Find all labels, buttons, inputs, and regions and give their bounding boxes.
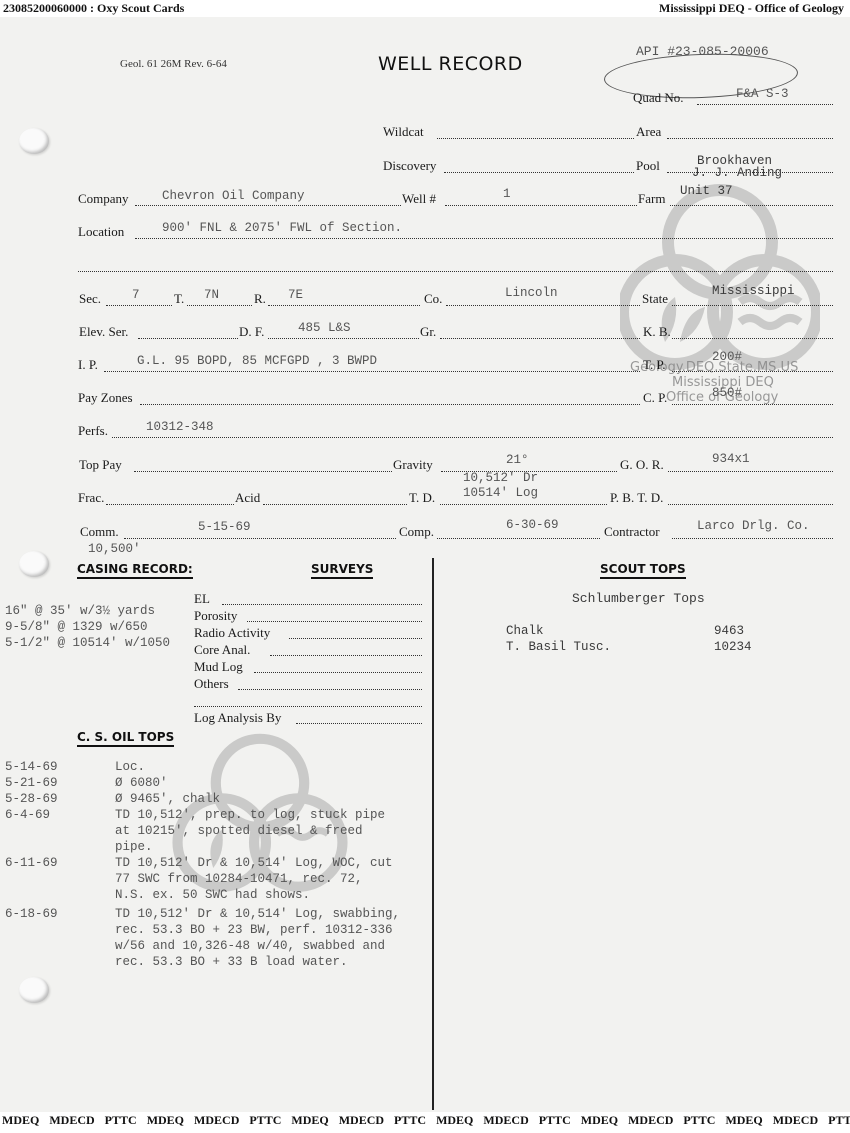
scout-top-name: Chalk (506, 624, 544, 638)
ip-label: I. P. (78, 357, 98, 373)
casing-line: 16" @ 35' w/3½ yards (5, 604, 155, 618)
company-value: Chevron Oil Company (162, 189, 305, 203)
survey-porosity-line (247, 621, 422, 622)
oil-top-date: 5-21-69 (5, 776, 58, 790)
survey-core-anal-line (270, 655, 422, 656)
quad-no-value: F&A S-3 (736, 87, 789, 101)
oil-top-text: TD 10,512' Dr & 10,514' Log, WOC, cut (115, 856, 393, 870)
scout-top-name: T. Basil Tusc. (506, 640, 611, 654)
footer-item: MDEQ (147, 1113, 184, 1128)
footer-item: PTTC (539, 1113, 571, 1128)
punch-hole-icon (19, 551, 49, 577)
df-value: 485 L&S (298, 321, 351, 335)
footer-item: PTTC (249, 1113, 281, 1128)
document-header-bar: 23085200060000 : Oxy Scout Cards Mississ… (0, 0, 850, 17)
comp-value: 6-30-69 (506, 518, 559, 532)
ip-value: G.L. 95 BOPD, 85 MCFGPD , 3 BWPD (137, 354, 377, 368)
ip-line (104, 371, 640, 372)
range-label: R. (254, 291, 266, 307)
footer-item: MDEQ (291, 1113, 328, 1128)
contractor-value: Larco Drlg. Co. (697, 519, 810, 533)
api-number: API #23-085-20006 (636, 44, 769, 59)
survey-el-label: EL (194, 591, 210, 607)
pay-zones-label: Pay Zones (78, 390, 133, 406)
well-no-label: Well # (402, 191, 436, 207)
cp-value: 850# (712, 386, 742, 400)
discovery-line (444, 172, 634, 173)
oil-top-text: rec. 53.3 BO + 33 B load water. (115, 955, 348, 969)
survey-core-anal-label: Core Anal. (194, 642, 250, 658)
footer-item: PTTC (394, 1113, 426, 1128)
farm-value-line2: Unit 37 (680, 184, 733, 198)
footer-item: MDECD (773, 1113, 818, 1128)
elev-ser-label: Elev. Ser. (79, 324, 128, 340)
survey-others-line (238, 689, 422, 690)
oil-top-text: pipe. (115, 840, 153, 854)
survey-radio-activity-line (289, 638, 422, 639)
footer-item: PTTC (105, 1113, 137, 1128)
punch-hole-icon (19, 128, 49, 154)
range-line (268, 305, 420, 306)
page-title: WELL RECORD (378, 53, 523, 75)
oil-tops-heading: C. S. OIL TOPS (77, 730, 174, 747)
footer-item: MDECD (339, 1113, 384, 1128)
survey-others-label: Others (194, 676, 229, 692)
footer-item: MDECD (483, 1113, 528, 1128)
df-label: D. F. (239, 324, 264, 340)
township-value: 7N (204, 288, 219, 302)
footer-item: MDEQ (436, 1113, 473, 1128)
oil-top-date: 6-4-69 (5, 808, 50, 822)
sec-line (106, 305, 172, 306)
location-label: Location (78, 224, 124, 240)
frac-label: Frac. (78, 490, 104, 506)
oil-top-date: 6-11-69 (5, 856, 58, 870)
acid-label: Acid (235, 490, 260, 506)
gr-line (440, 338, 640, 339)
state-line (672, 305, 833, 306)
perfs-value: 10312-348 (146, 420, 214, 434)
gor-label: G. O. R. (620, 457, 664, 473)
range-value: 7E (288, 288, 303, 302)
location-line-2 (78, 271, 833, 272)
kb-line (672, 338, 833, 339)
oil-top-date: 5-28-69 (5, 792, 58, 806)
state-value: Mississippi (712, 284, 795, 298)
perfs-label: Perfs. (78, 423, 108, 439)
tp-value: 200# (712, 350, 742, 364)
oil-top-text: N.S. ex. 50 SWC had shows. (115, 888, 310, 902)
oil-top-text: at 10215', spotted diesel & freed (115, 824, 363, 838)
discovery-label: Discovery (383, 158, 436, 174)
casing-record-heading: CASING RECORD: (77, 562, 193, 579)
scout-top-depth: 10234 (714, 640, 752, 654)
footer-item: PTTC (683, 1113, 715, 1128)
township-line (187, 305, 252, 306)
footer-item: MDECD (628, 1113, 673, 1128)
df-line (268, 338, 419, 339)
kb-label: K. B. (643, 324, 671, 340)
comp-line (437, 538, 600, 539)
wildcat-line (437, 138, 634, 139)
contractor-line (672, 538, 833, 539)
well-record-card: Geology.DEQ.State.MS.US Mississippi DEQ … (0, 17, 850, 1112)
survey-log-analysis-label: Log Analysis By (194, 710, 281, 726)
td-value-log: 10514' Log (463, 486, 538, 500)
comm-label: Comm. (80, 524, 119, 540)
footer-item: MDEQ (2, 1113, 39, 1128)
farm-value-line1: J. J. Anding (692, 166, 782, 180)
casing-line: 9-5/8" @ 1329 w/650 (5, 620, 148, 634)
td-label: T. D. (409, 490, 435, 506)
township-label: T. (174, 291, 184, 307)
oil-top-date: 5-14-69 (5, 760, 58, 774)
oil-top-text: rec. 53.3 BO + 23 BW, perf. 10312-336 (115, 923, 393, 937)
cp-label: C. P. (643, 390, 667, 406)
casing-line: 5-1/2" @ 10514' w/1050 (5, 636, 170, 650)
footer-item: MDECD (194, 1113, 239, 1128)
frac-line (106, 504, 234, 505)
farm-label: Farm (638, 191, 665, 207)
top-pay-label: Top Pay (79, 457, 122, 473)
column-divider (432, 558, 434, 1110)
comm-line (124, 538, 396, 539)
contractor-label: Contractor (604, 524, 660, 540)
oil-top-text: Loc. (115, 760, 145, 774)
pbtd-line (668, 504, 833, 505)
scout-tops-heading: SCOUT TOPS (600, 562, 686, 579)
cp-line (672, 404, 833, 405)
tp-label: T. P. (643, 357, 666, 373)
gravity-value: 21° (506, 453, 529, 467)
form-number: Geol. 61 26M Rev. 6-64 (120, 58, 227, 70)
location-value: 900' FNL & 2075' FWL of Section. (162, 221, 402, 235)
survey-porosity-label: Porosity (194, 608, 237, 624)
oil-top-text: TD 10,512', prep. to log, stuck pipe (115, 808, 385, 822)
td-value-drill: 10,512' Dr (463, 471, 538, 485)
survey-radio-activity-label: Radio Activity (194, 625, 270, 641)
quad-no-label: Quad No. (633, 90, 684, 106)
company-label: Company (78, 191, 129, 207)
wildcat-label: Wildcat (383, 124, 424, 140)
surveys-heading: SURVEYS (311, 562, 373, 579)
county-line (446, 305, 640, 306)
comm-value: 5-15-69 (198, 520, 251, 534)
perfs-line (112, 437, 833, 438)
elev-ser-line (138, 338, 238, 339)
farm-line (670, 205, 833, 206)
survey-blank-line (194, 706, 422, 707)
survey-mud-log-label: Mud Log (194, 659, 243, 675)
acid-line (263, 504, 407, 505)
footer-item: MDECD (49, 1113, 94, 1128)
oil-top-text: w/56 and 10,326-48 w/40, swabbed and (115, 939, 385, 953)
pbtd-label: P. B. T. D. (610, 490, 663, 506)
footer-item: MDEQ (725, 1113, 762, 1128)
gr-label: Gr. (420, 324, 436, 340)
scout-tops-subtitle: Schlumberger Tops (572, 591, 705, 606)
footer-item: PTTC (828, 1113, 850, 1128)
survey-log-analysis-line (296, 723, 422, 724)
gravity-label: Gravity (393, 457, 433, 473)
well-no-value: 1 (503, 187, 511, 201)
survey-el-line (222, 604, 422, 605)
well-no-line (445, 205, 637, 206)
quad-no-line (697, 104, 833, 105)
area-label: Area (636, 124, 661, 140)
location-line (135, 238, 833, 239)
punch-hole-icon (19, 977, 49, 1003)
sec-value: 7 (132, 288, 140, 302)
footer-item: MDEQ (581, 1113, 618, 1128)
pool-label: Pool (636, 158, 660, 174)
gor-value: 934x1 (712, 452, 750, 466)
scout-top-depth: 9463 (714, 624, 744, 638)
document-id-title: 23085200060000 : Oxy Scout Cards (3, 1, 184, 16)
oil-top-date: 6-18-69 (5, 907, 58, 921)
gor-line (668, 471, 833, 472)
area-line (667, 138, 833, 139)
sec-label: Sec. (79, 291, 101, 307)
pay-zones-line (140, 404, 640, 405)
top-pay-line (134, 471, 392, 472)
agency-title: Mississippi DEQ - Office of Geology (659, 1, 844, 16)
proposed-depth-value: 10,500' (88, 542, 141, 556)
county-label: Co. (424, 291, 442, 307)
tp-line (672, 371, 833, 372)
oil-top-text: TD 10,512' Dr & 10,514' Log, swabbing, (115, 907, 400, 921)
county-value: Lincoln (505, 286, 558, 300)
state-label: State (642, 291, 668, 307)
comp-label: Comp. (399, 524, 434, 540)
oil-top-text: 77 SWC from 10284-10471, rec. 72, (115, 872, 363, 886)
oil-top-text: Ø 6080' (115, 776, 168, 790)
oil-top-text: Ø 9465', chalk (115, 792, 220, 806)
survey-mud-log-line (254, 672, 422, 673)
company-line (135, 205, 401, 206)
footer-bar: MDEQMDECDPTTCMDEQMDECDPTTCMDEQMDECDPTTCM… (0, 1113, 850, 1133)
td-line (440, 504, 607, 505)
